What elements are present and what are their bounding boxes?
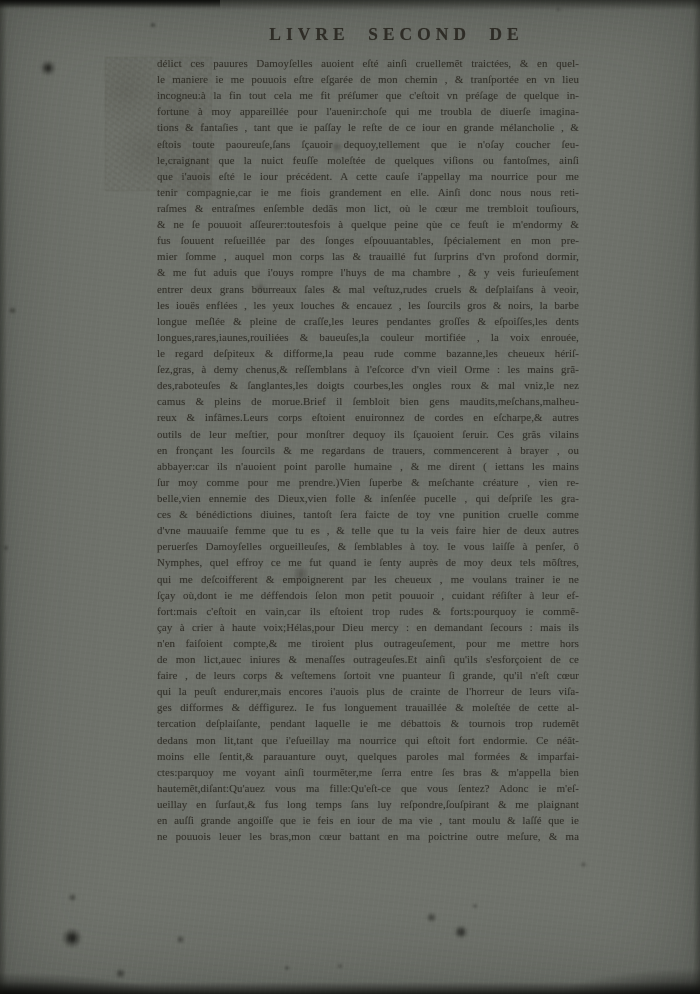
text-line: & me fut aduis que i'ouys rompre l'huys … xyxy=(157,265,579,281)
text-line: ne pouuois leuer les bras,mon cœur batta… xyxy=(157,829,579,845)
text-line: fus ſouuent reſueillée par des ſonges eſ… xyxy=(157,233,579,249)
page-edge-right xyxy=(693,0,700,994)
text-block: délict ces pauures Damoyſelles auoient e… xyxy=(157,56,579,845)
ink-spot xyxy=(62,928,82,948)
text-line: les iouës enflées , les yeux louches & e… xyxy=(157,298,579,314)
text-line: & ne ſe pouuoit aſſeurer:toutesfois à qu… xyxy=(157,217,579,233)
ink-spot xyxy=(8,307,17,314)
text-line: fortune à moy appareillée pour l'auenir:… xyxy=(157,104,579,120)
text-line: longues,rares,iaunes,rouiliées & baueuſe… xyxy=(157,330,579,346)
text-line: ſez,gras, à demy chenus,& reſſemblans à … xyxy=(157,362,579,378)
text-line: dedans mon lit,tant que i'eſueillay ma n… xyxy=(157,733,579,749)
ink-spot xyxy=(40,60,56,76)
text-line: entrer deux grans bourreaux ſales & mal … xyxy=(157,282,579,298)
text-line: longue meſlée & pleine de craſſe,les leu… xyxy=(157,314,579,330)
text-line: raſmes & entraſmes enſemble dedãs mon li… xyxy=(157,201,579,217)
text-line: outils de leur meſtier, pour monſtrer de… xyxy=(157,427,579,443)
text-line: tions & fantaſies , tant que ie paſſay l… xyxy=(157,120,579,136)
text-line: ſçay où,dont ie me déffendois ſelon mon … xyxy=(157,588,579,604)
page-edge-bottom-right xyxy=(560,968,700,994)
ink-spot xyxy=(472,903,478,909)
text-line: ctes:parquoy me voyant ainſi tourmẽter,m… xyxy=(157,765,579,781)
text-line: tenir compagnie,car ie me fiois grandeme… xyxy=(157,185,579,201)
ink-spot xyxy=(580,861,587,868)
text-line: en fronçant les ſourcils & me regardans … xyxy=(157,443,579,459)
text-line: belle,vien ennemie des Dieux,vien folle … xyxy=(157,491,579,507)
book-page-scan: LIVRE SECOND DE délict ces pauures Damoy… xyxy=(0,0,700,994)
text-line: n'en faiſoient compte,& me tiroient plus… xyxy=(157,636,579,652)
ink-spot xyxy=(337,963,343,969)
text-line: le,craignant que la nuict feuſſe moleſté… xyxy=(157,153,579,169)
text-line: Nymphes, quel effroy ce me fut quand ie … xyxy=(157,555,579,571)
text-line: délict ces pauures Damoyſelles auoient e… xyxy=(157,56,579,72)
text-line: moins elle ſentit,& parauanture ouyt, qu… xyxy=(157,749,579,765)
text-line: qui la peuſt endurer,mais encores i'auoi… xyxy=(157,684,579,700)
ink-spot xyxy=(150,22,156,28)
text-line: ges difformes & déffigurez. Ie fus longu… xyxy=(157,700,579,716)
text-line: çay à crier à haute voix;Hélas,pour Dieu… xyxy=(157,620,579,636)
text-line: d'vne mauuaiſe femme que tu es , & telle… xyxy=(157,523,579,539)
text-line: le regard deſpiteux & difforme,la peau r… xyxy=(157,346,579,362)
running-header: LIVRE SECOND DE xyxy=(157,24,578,45)
ink-spot xyxy=(176,935,185,944)
text-line: en auſſi grande angoiſſe que ie feis en … xyxy=(157,813,579,829)
text-line: qui me deſcoifferent & empoignerent par … xyxy=(157,572,579,588)
ink-spot xyxy=(426,912,437,923)
text-line: incogneu:à la fin tout cela me fit préſu… xyxy=(157,88,579,104)
page-edge-left xyxy=(0,0,7,994)
text-line: ces & bénédictions diuines, tantoſt ſera… xyxy=(157,507,579,523)
text-line: fort:mais c'eſtoit en vain,car ils eſtoi… xyxy=(157,604,579,620)
text-line: des,raboteuſes & ſanglantes,les doigts c… xyxy=(157,378,579,394)
ink-spot xyxy=(68,893,77,902)
ink-spot xyxy=(284,965,290,971)
text-line: peruerſes Damoyſelles orgueilleuſes, & ſ… xyxy=(157,539,579,555)
text-line: ſur moy comme pour me prendre.)Vien ſupe… xyxy=(157,475,579,491)
text-line: le maniere ie me pouuois eſtre eſgarée d… xyxy=(157,72,579,88)
text-line: de mon lict,auec iniures & menaſſes outr… xyxy=(157,652,579,668)
text-line: abbayer:car ils n'auoient point parolle … xyxy=(157,459,579,475)
page-edge-bottom-left xyxy=(0,972,160,994)
text-line: camus & pleins de morue.Brief il ſembloi… xyxy=(157,394,579,410)
text-line: mier ſomme , auquel mon corps las & trau… xyxy=(157,249,579,265)
text-line: hautemẽt,diſant:Qu'auez vous ma fille:Qu… xyxy=(157,781,579,797)
text-line: faire , de leurs corps & veſtemens ſorto… xyxy=(157,668,579,684)
ink-spot xyxy=(454,925,468,939)
text-line: reux & infâmes.Leurs corps eſtoient enui… xyxy=(157,410,579,426)
text-line: eſtois toute paoureuſe,ſans ſçauoir dequ… xyxy=(157,137,579,153)
text-line: que i'auois eſté le iour précédent. A ce… xyxy=(157,169,579,185)
text-line: ueillay en ſurſaut,& fus long temps ſans… xyxy=(157,797,579,813)
text-line: tercation deſplaiſante, pendant laquelle… xyxy=(157,716,579,732)
page-edge-top-left xyxy=(0,0,220,8)
